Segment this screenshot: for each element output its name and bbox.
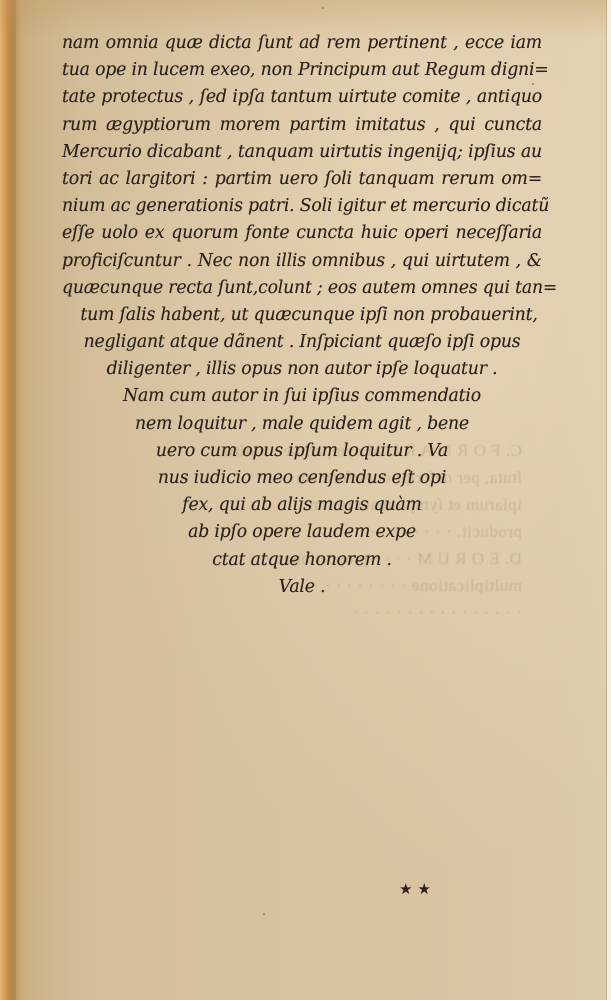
text-line: diligenter , illis opus non autor ipſe l… — [62, 356, 542, 383]
two-asterisks-signature-icon: ★★ — [399, 880, 436, 898]
text-line: quæcunque recta ſunt,colunt ; eos autem … — [62, 275, 542, 302]
text-line: rum ægyptiorum morem partim imitatus , q… — [62, 112, 542, 139]
text-line: tori ac largitori : partim uero ſoli tan… — [62, 166, 542, 193]
text-line: nium ac generationis patri. Soli igitur … — [62, 193, 542, 220]
book-page: C. F O R M A R U M sympathiæ · notitiaſt… — [0, 0, 607, 1000]
text-line: tua ope in lucem exeo, non Principum aut… — [62, 57, 542, 84]
body-text: nam omnia quæ dicta ſunt ad rem pertinen… — [62, 30, 542, 601]
text-line: Vale . — [62, 574, 542, 601]
text-line: uero cum opus ipſum loquitur . Va — [62, 438, 542, 465]
text-line: nam omnia quæ dicta ſunt ad rem pertinen… — [62, 30, 542, 57]
text-line: Mercurio dicabant , tanquam uirtutis ing… — [62, 139, 542, 166]
text-line: eſſe uolo ex quorum fonte cuncta huic op… — [62, 220, 542, 247]
text-line: tate protectus , ſed ipſa tantum uirtute… — [62, 84, 542, 111]
text-line: fex, qui ab alijs magis quàm — [62, 492, 542, 519]
text-line: ctat atque honorem . — [62, 547, 542, 574]
text-line: proficiſcuntur . Nec non illis omnibus ,… — [62, 248, 542, 275]
paper-fleck — [322, 7, 324, 9]
text-line: nem loquitur , male quidem agit , bene — [62, 411, 542, 438]
paper-fleck — [263, 913, 265, 915]
text-line: nus iudicio meo cenſendus eſt opi — [62, 465, 542, 492]
text-line: negligant atque dãnent . Inſpiciant quæſ… — [62, 329, 542, 356]
page-edge — [607, 0, 611, 1000]
text-line: tum ſalis habent, ut quæcunque ipſi non … — [62, 302, 542, 329]
text-line: Nam cum autor in ſui ipſius commendatio — [62, 383, 542, 410]
text-line: ab ipſo opere laudem expe — [62, 519, 542, 546]
